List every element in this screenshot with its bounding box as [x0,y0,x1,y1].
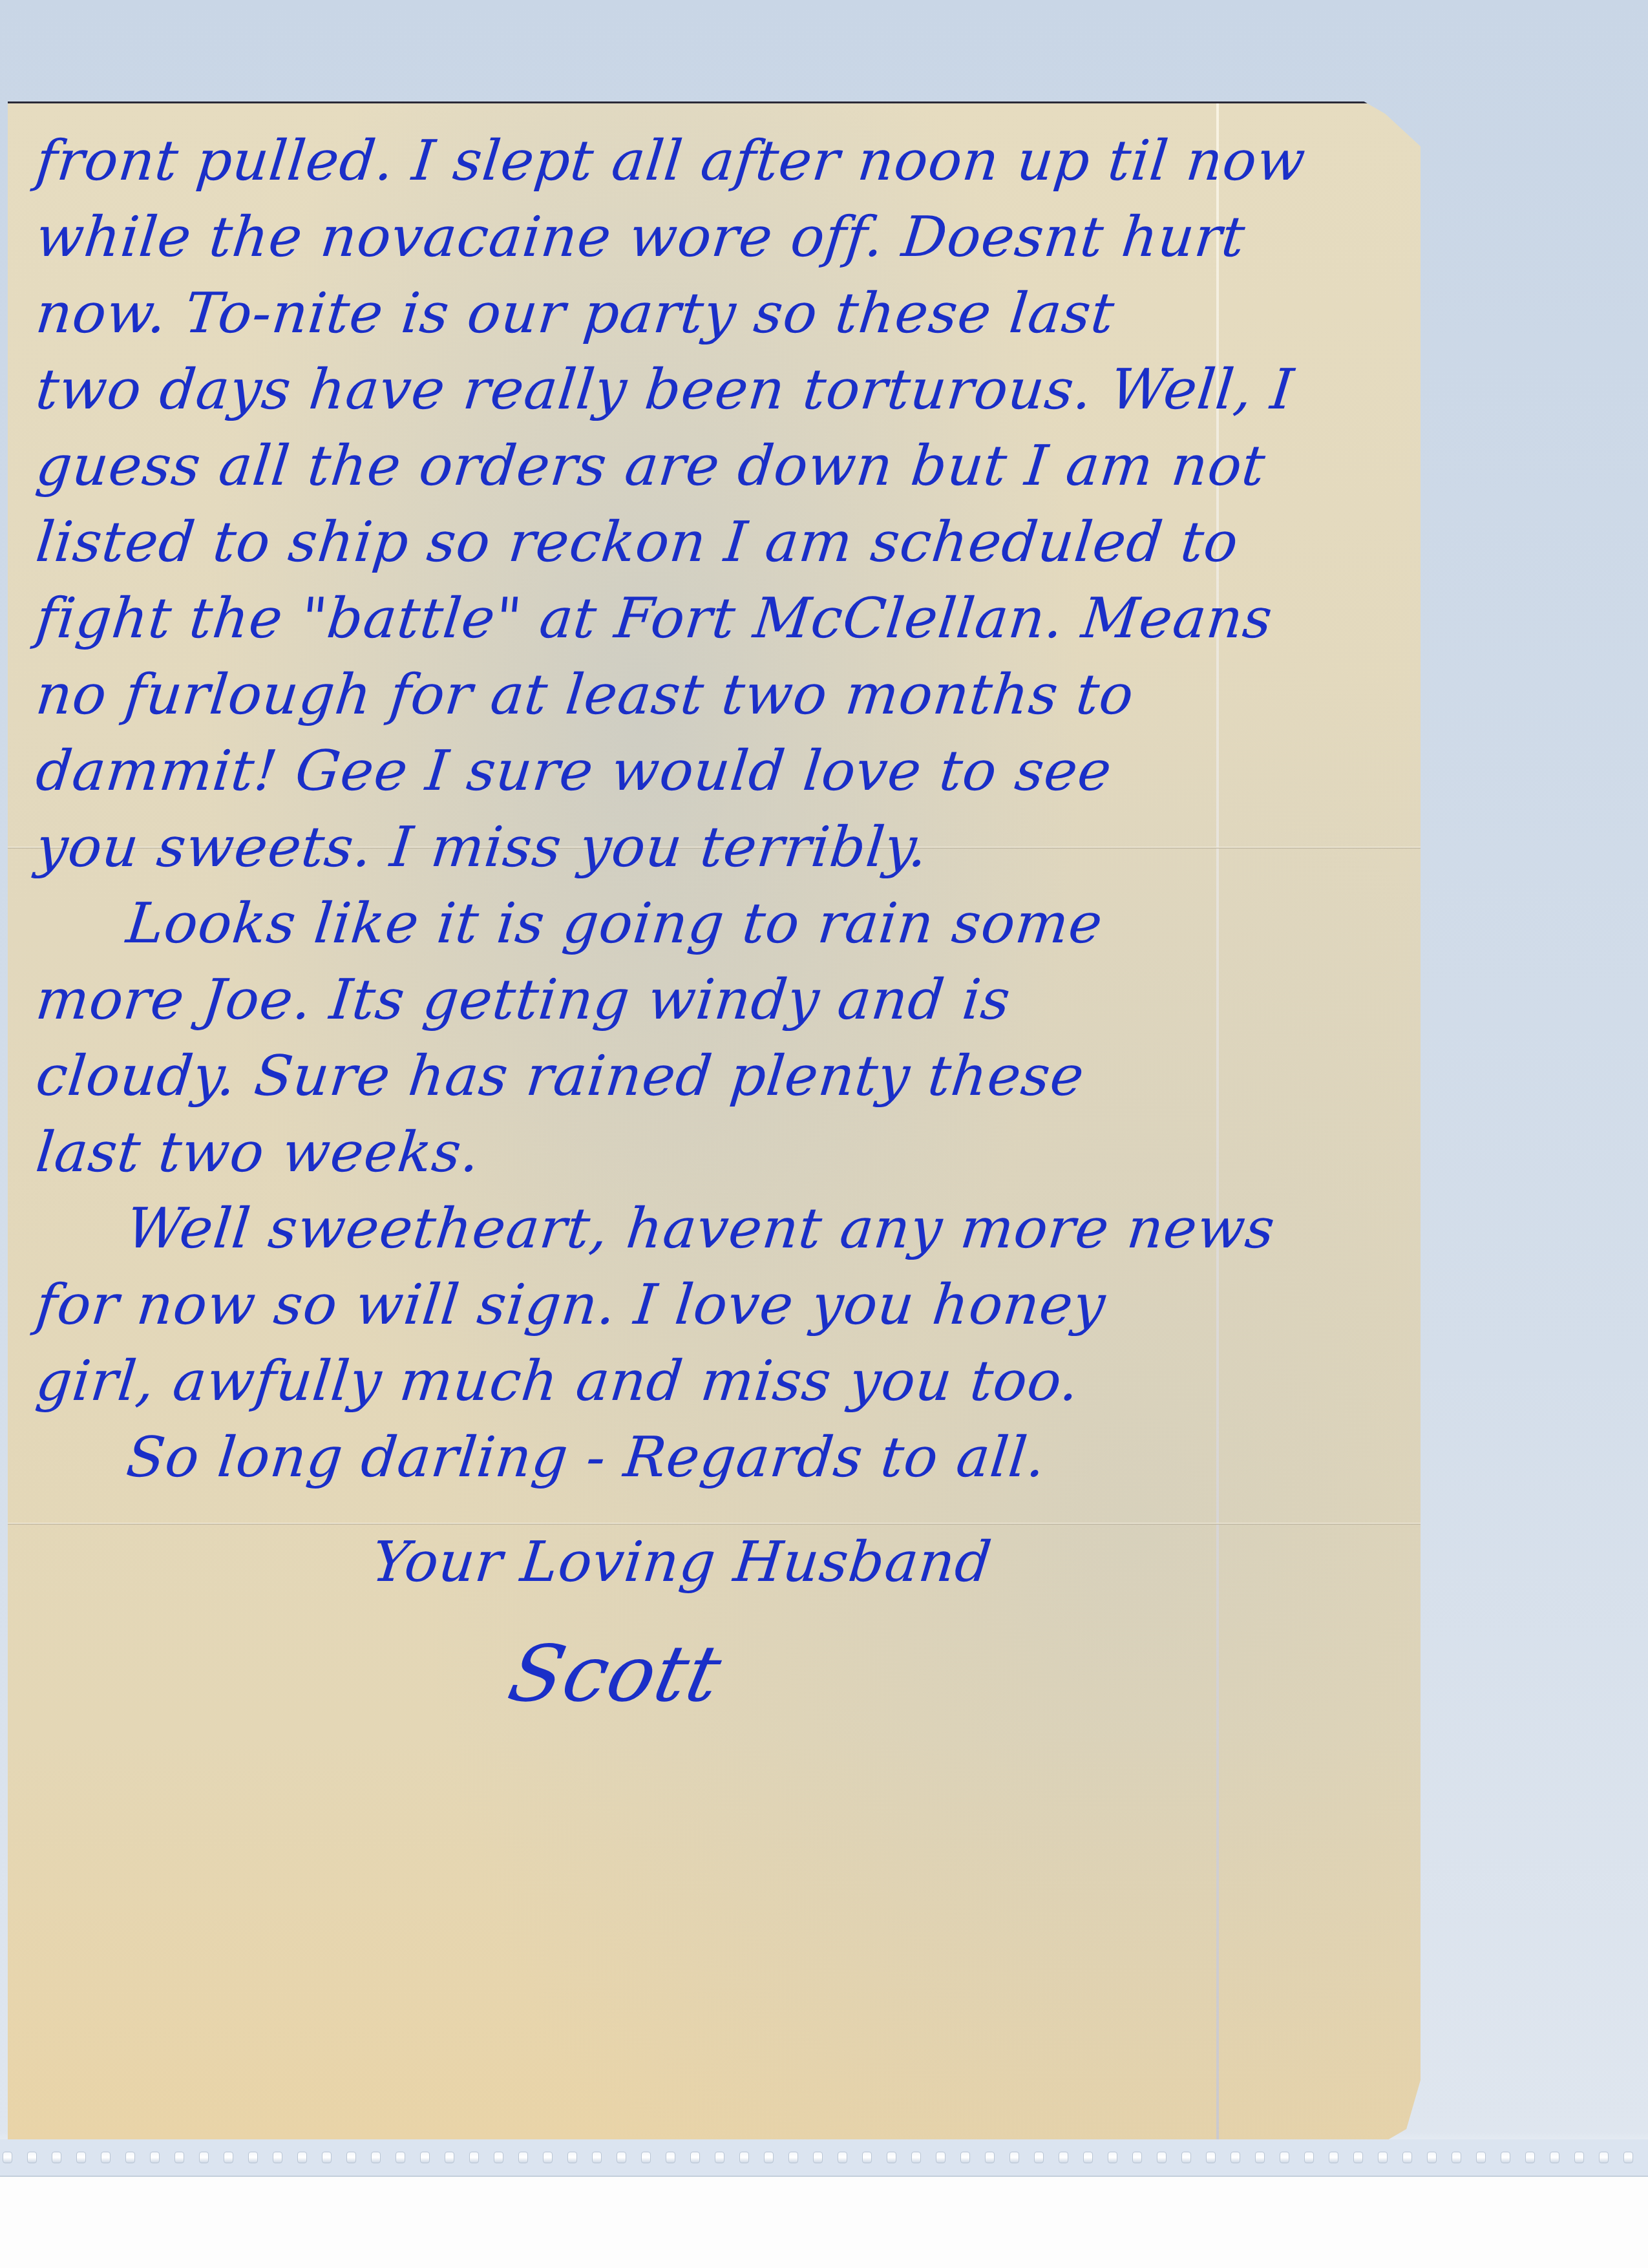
sleeve-perforation [1353,2152,1363,2163]
sleeve-perforation [1550,2152,1559,2163]
sleeve-perforation [641,2152,651,2163]
sleeve-perforation [1231,2152,1240,2163]
sleeve-perforation [1574,2152,1584,2163]
sleeve-perforation [1280,2152,1289,2163]
sleeve-perforation [1452,2152,1461,2163]
sleeve-perforation [543,2152,553,2163]
plastic-sleeve-edge [0,2139,1648,2177]
sleeve-perforation [27,2152,37,2163]
letter-line: while the novacaine wore off. Doesnt hur… [32,199,1417,275]
letter-line: dammit! Gee I sure would love to see [32,733,1417,809]
letter-line: last two weeks. [32,1114,1417,1191]
sleeve-perforation [420,2152,430,2163]
sleeve-perforation [567,2152,577,2163]
sleeve-perforation [1501,2152,1510,2163]
sleeve-perforation [739,2152,749,2163]
letter-line: So long darling - Regards to all. [32,1419,1417,1496]
sleeve-perforation [788,2152,798,2163]
sleeve-perforation [1476,2152,1486,2163]
sleeve-perforation [911,2152,921,2163]
letter-closing: Your Loving Husband [32,1524,1417,1600]
sleeve-perforation [199,2152,209,2163]
sleeve-perforation [936,2152,945,2163]
sleeve-perforation [1083,2152,1093,2163]
sleeve-perforation [666,2152,675,2163]
sleeve-perforation [1132,2152,1142,2163]
letter-line: now. To-nite is our party so these last [32,275,1417,352]
letter-body: front pulled. I slept all after noon up … [32,123,1409,1723]
sleeve-perforation [1623,2152,1633,2163]
letter-line: two days have really been torturous. Wel… [32,352,1417,428]
sleeve-perforation [3,2152,12,2163]
letter-line: girl, awfully much and miss you too. [32,1343,1417,1419]
letter-line: guess all the orders are down but I am n… [32,428,1417,504]
sleeve-perforation [150,2152,160,2163]
letter-line: Looks like it is going to rain some [32,885,1417,962]
sleeve-perforation [445,2152,454,2163]
letter-line: listed to ship so reckon I am scheduled … [32,504,1417,580]
letter-line: cloudy. Sure has rained plenty these [32,1038,1417,1114]
sleeve-perforation [174,2152,184,2163]
sleeve-perforation [960,2152,970,2163]
sleeve-perforation [346,2152,356,2163]
sleeve-perforation [1108,2152,1117,2163]
sleeve-perforation [1525,2152,1535,2163]
sleeve-perforation [125,2152,135,2163]
letter-line: front pulled. I slept all after noon up … [32,123,1417,199]
sleeve-perforation [1304,2152,1314,2163]
letter-line: no furlough for at least two months to [32,657,1417,733]
letter-signature: Scott [22,1626,1419,1723]
sleeve-perforation [690,2152,700,2163]
sleeve-perforation [248,2152,258,2163]
sleeve-perforation [1402,2152,1412,2163]
sleeve-perforation [322,2152,332,2163]
sleeve-perforation [297,2152,307,2163]
sleeve-perforation [838,2152,847,2163]
sleeve-perforation [1059,2152,1068,2163]
sleeve-perforation [101,2152,111,2163]
sleeve-perforation [813,2152,823,2163]
sleeve-perforation [224,2152,233,2163]
sleeve-perforation [617,2152,626,2163]
sleeve-perforation [494,2152,503,2163]
sleeve-perforation [887,2152,896,2163]
sleeve-perforation [1181,2152,1191,2163]
sleeve-perforation [1329,2152,1338,2163]
sleeve-perforation [1009,2152,1019,2163]
sleeve-perforation [592,2152,602,2163]
letter-line: you sweets. I miss you terribly. [32,809,1417,885]
sleeve-perforation [862,2152,872,2163]
sleeve-perforation [1427,2152,1437,2163]
sleeve-perforation [1255,2152,1265,2163]
letter-line: for now so will sign. I love you honey [32,1267,1417,1343]
sleeve-perforation [1378,2152,1388,2163]
sleeve-perforation [715,2152,724,2163]
sleeve-perforation [273,2152,282,2163]
letter-line: fight the "battle" at Fort McClellan. Me… [32,580,1417,657]
sleeve-perforation [1157,2152,1167,2163]
sleeve-perforation [52,2152,61,2163]
sleeve-perforation [985,2152,995,2163]
sleeve-perforation [396,2152,405,2163]
sleeve-perforation [76,2152,86,2163]
sleeve-perforation [764,2152,774,2163]
sleeve-perforation [518,2152,528,2163]
letter-line: more Joe. Its getting windy and is [32,962,1417,1038]
letter-line: Well sweetheart, havent any more news [32,1191,1417,1267]
sleeve-perforation [1206,2152,1216,2163]
scanner-background [0,2177,1648,2268]
sleeve-perforation [371,2152,381,2163]
sleeve-perforation [1599,2152,1609,2163]
sleeve-perforation [469,2152,479,2163]
sleeve-perforation [1034,2152,1044,2163]
